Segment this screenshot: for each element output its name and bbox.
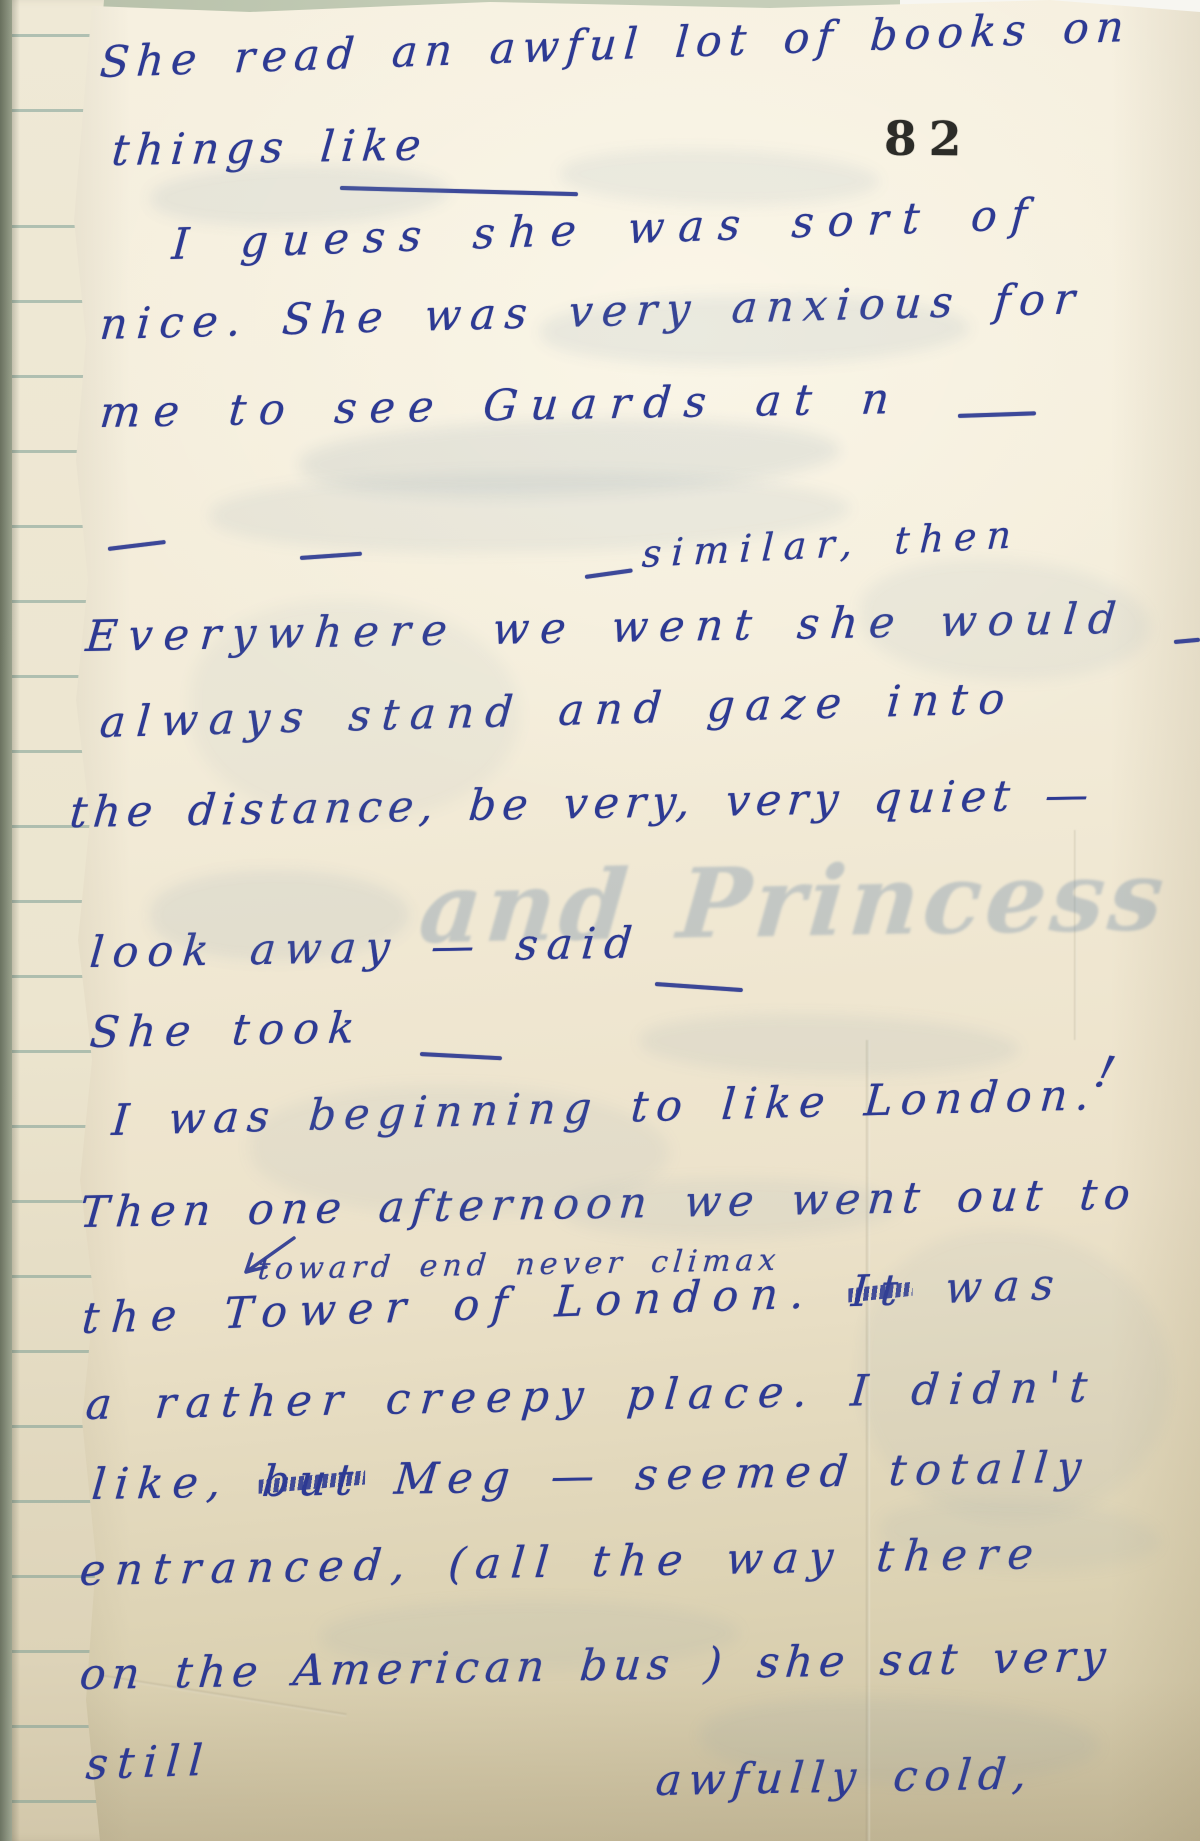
handwriting-line: still [84, 1736, 213, 1791]
page-number-stamp: 82 [884, 112, 974, 168]
scribbled-out-word: but [260, 1455, 364, 1507]
handwriting-line: She took [88, 1003, 366, 1058]
photographed-handwritten-page: 82 She read an awful lot of books onthin… [0, 0, 1200, 1841]
photo-edge-shadow [0, 0, 20, 1841]
